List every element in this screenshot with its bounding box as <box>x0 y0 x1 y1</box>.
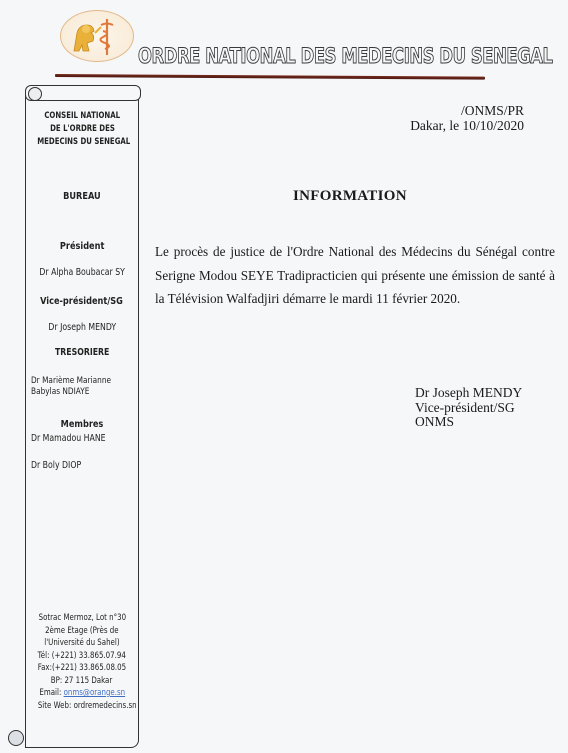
president-name: Dr Alpha Boubacar SY <box>27 267 137 278</box>
council-line: DE L'ORDRE DES <box>50 123 115 136</box>
vice-president-heading: Vice-président/SG <box>27 296 137 307</box>
member-item: Dr Boly DIOP <box>27 460 141 471</box>
scroll-curl-icon <box>28 87 42 101</box>
contact-address: Sotrac Mermoz, Lot n°30 2ème Etage (Près… <box>27 612 137 712</box>
email-link[interactable]: onms@orange.sn <box>63 688 125 698</box>
place-date: Dakar, le 10/10/2020 <box>410 118 524 133</box>
lion-caduceus-icon <box>61 11 133 61</box>
members-heading: Membres <box>27 419 137 430</box>
header-rule <box>55 74 485 80</box>
website: Site Web: ordremedecins.sn <box>38 700 137 713</box>
signature-block: Dr Joseph MENDY Vice-président/SG ONMS <box>415 386 522 430</box>
treasurer-name: Dr Marième Marianne Babylas NDIAYE <box>27 376 141 398</box>
council-line: MEDECINS DU SENEGAL <box>37 136 130 149</box>
organization-title: ORDRE NATIONAL DES MEDECINS DU SENEGAL <box>138 44 553 68</box>
document-title: INFORMATION <box>293 188 407 205</box>
vice-president-name: Dr Joseph MENDY <box>27 322 137 333</box>
letter-body: Le procès de justice de l'Ordre National… <box>155 240 555 311</box>
letter-reference: /ONMS/PR Dakar, le 10/10/2020 <box>410 103 524 133</box>
president-heading: Président <box>27 241 137 252</box>
email-label: Email: <box>39 688 63 698</box>
scroll-top-roll <box>25 85 141 101</box>
council-name: CONSEIL NATIONAL DE L'ORDRE DES MEDECINS… <box>27 110 137 149</box>
organization-logo <box>60 10 134 62</box>
signatory-role: Vice-président/SG <box>415 401 522 416</box>
council-line: CONSEIL NATIONAL <box>44 110 120 123</box>
signatory-name: Dr Joseph MENDY <box>415 386 522 401</box>
member-item: Dr Mamadou HANE <box>27 433 141 444</box>
reference-number: /ONMS/PR <box>410 103 524 118</box>
signatory-org: ONMS <box>415 415 522 430</box>
treasurer-heading: TRESORIERE <box>27 347 137 358</box>
scroll-curl-icon <box>8 730 24 746</box>
bureau-heading: BUREAU <box>27 191 137 202</box>
